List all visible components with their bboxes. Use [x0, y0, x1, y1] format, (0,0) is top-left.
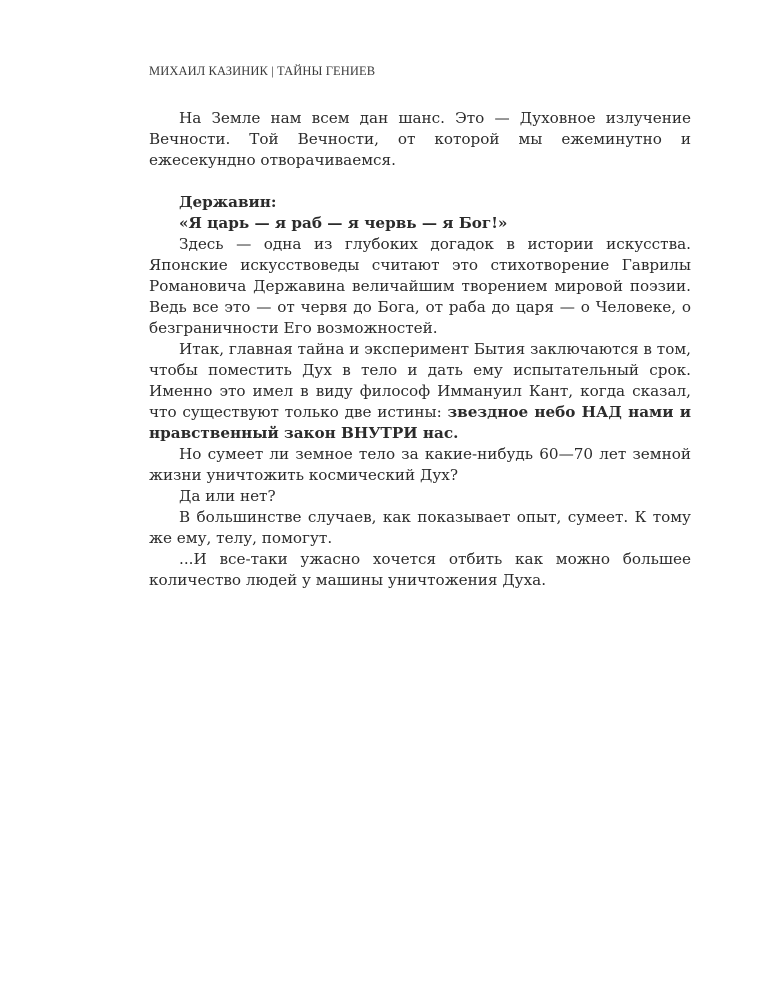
paragraph-derzhavin: Здесь — одна из глубоких догадок в истор… [149, 234, 691, 339]
section-heading-quote: «Я царь — я раб — я червь — я Бог!» [149, 213, 691, 234]
page-body: На Земле нам всем дан шанс. Это — Духовн… [149, 108, 691, 591]
paragraph-conclusion: ...И все-таки ужасно хочется отбить как … [149, 549, 691, 591]
section-heading-author: Державин: [149, 192, 691, 213]
paragraph-gap [149, 171, 691, 192]
running-head: МИХАИЛ КАЗИНИК | ТАЙНЫ ГЕНИЕВ [149, 64, 375, 79]
paragraph-question: Но сумеет ли земное тело за какие-нибудь… [149, 444, 691, 486]
paragraph-eternity: На Земле нам всем дан шанс. Это — Духовн… [149, 108, 691, 171]
paragraph-kant: Итак, главная тайна и эксперимент Бытия … [149, 339, 691, 444]
paragraph-yes-no: Да или нет? [149, 486, 691, 507]
paragraph-experience: В большинстве случаев, как показывает оп… [149, 507, 691, 549]
